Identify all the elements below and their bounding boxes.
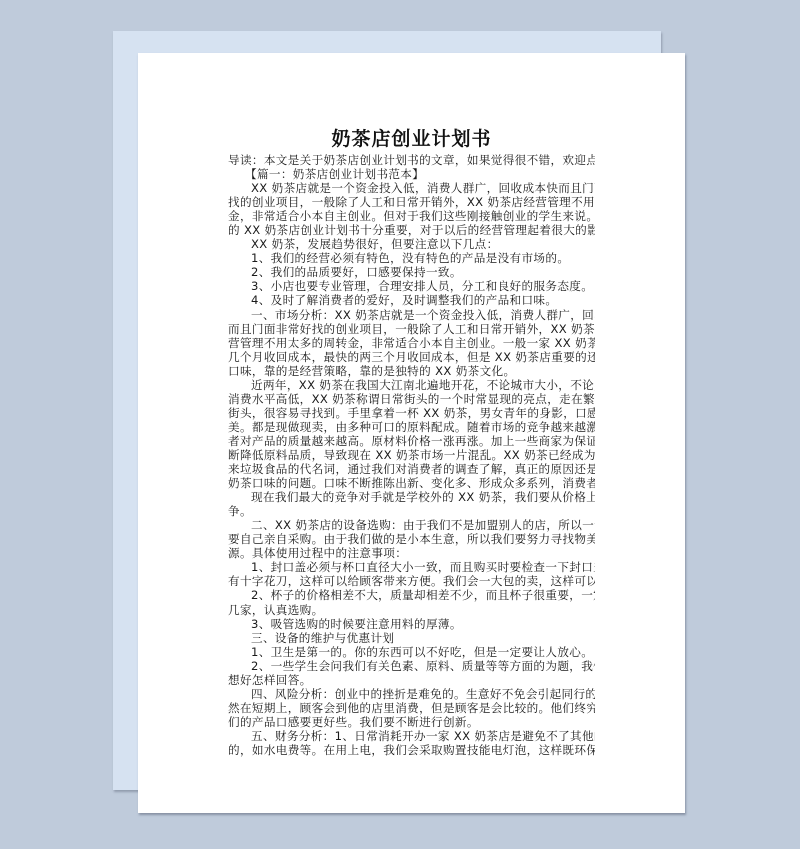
text-line: 3、吸管选购的时候要注意用料的厚薄。 [228,617,595,631]
text-line: 1、我们的经营必须有特色，没有特色的产品是没有市场的。 [228,251,595,265]
text-line: 美。都是现做现卖，由多种可口的原料配成。随着市场的竞争越来越激烈，消费 [228,420,595,434]
text-line: 消费水平高低，XX 奶茶称谓日常街头的一个时常显现的亮点，走在繁华的闹市 [228,392,595,406]
text-line: 4、及时了解消费者的爱好，及时调整我们的产品和口味。 [228,293,595,307]
text-line: 的，如水电费等。在用上电，我们会采取购置技能电灯泡，这样既环保又节约。 [228,743,595,757]
text-line: 几家，认真选购。 [228,603,595,617]
text-line: 的 XX 奶茶店创业计划书十分重要，对于以后的经营管理起着很大的影响。 [228,223,595,237]
text-line: XX 奶茶，发展趋势很好，但要注意以下几点： [228,237,595,251]
text-line: 1、封口盖必须与杯口直径大小一致，而且购买时要检查一下封口盖，是否 [228,560,595,574]
document-title: 奶茶店创业计划书 [228,127,595,153]
document-text: 导读：本文是关于奶茶店创业计划书的文章，如果觉得很不错，欢迎点评和分享！【篇一：… [228,153,595,757]
text-line: 奶茶口味的问题。口味不断推陈出新、变化多、形成众多系列，消费者选择广。 [228,476,595,490]
section-heading: 【篇一：奶茶店创业计划书范本】 [228,167,595,181]
text-line: 二、XX 奶茶店的设备选购：由于我们不是加盟别人的店，所以一切东西都 [228,518,595,532]
text-line: 金，非常适合小本自主创业。但对于我们这些刚接触创业的学生来说。一份优秀 [228,209,595,223]
text-line: 现在我们最大的竞争对手就是学校外的 XX 奶茶，我们要从价格上与他们竞 [228,490,595,504]
text-line: 而且门面非常好找的创业项目，一般除了人工和日常开销外，XX 奶茶加盟店经 [228,322,595,336]
text-line: 有十字花刀，这样可以给顾客带来方便。我们会一大包的卖，这样可以节约成本。 [228,574,595,588]
text-line: 要自己亲自采购。由于我们做的是小本生意，所以我们要努力寻找物美价廉的货 [228,532,595,546]
text-line: 三、设备的维护与优惠计划 [228,631,595,645]
text-line: 四、风险分析：创业中的挫折是难免的。生意好不免会引起同行的竞争。虽 [228,687,595,701]
text-line: 3、小店也要专业管理，合理安排人员，分工和良好的服务态度。 [228,279,595,293]
text-line: 来垃圾食品的代名词，通过我们对消费者的调查了解，真正的原因还是在于 XX [228,462,595,476]
text-line: 2、杯子的价格相差不大，质量却相差不少，而且杯子很重要，一定要多跑 [228,588,595,602]
text-line: 五、财务分析：1、日常消耗开办一家 XX 奶茶店是避免不了其他的日常消耗 [228,729,595,743]
text-line: 源。具体使用过程中的注意事项： [228,546,595,560]
text-line: XX 奶茶店就是一个资金投入低，消费人群广，回收成本快而且门面非常好 [228,181,595,195]
text-line: 断降低原料品质，导致现在 XX 奶茶市场一片混乱。XX 奶茶已经成为近一段时间 [228,448,595,462]
text-line: 想好怎样回答。 [228,673,595,687]
text-line: 1、卫生是第一的。你的东西可以不好吃，但是一定要让人放心。 [228,645,595,659]
text-line: 们的产品口感要更好些。我们要不断进行创新。 [228,715,595,729]
text-line: 营管理不用太多的周转金，非常适合小本自主创业。一般一家 XX 奶茶店都能在 [228,336,595,350]
text-line: 然在短期上，顾客会到他的店里消费，但是顾客是会比较的。他们终究会觉得我 [228,701,595,715]
intro-line: 导读：本文是关于奶茶店创业计划书的文章，如果觉得很不错，欢迎点评和分享！ [228,153,595,167]
text-line: 街头，很容易寻找到。手里拿着一杯 XX 奶茶，男女青年的身影，口感新鲜、味 [228,406,595,420]
document-page: 奶茶店创业计划书 导读：本文是关于奶茶店创业计划书的文章，如果觉得很不错，欢迎点… [138,53,685,813]
text-line: 找的创业项目，一般除了人工和日常开销外，XX 奶茶店经营管理不用太多周转 [228,195,595,209]
text-line: 争。 [228,504,595,518]
text-line: 一、市场分析：XX 奶茶店就是一个资金投入低，消费人群广，回收成本快， [228,308,595,322]
document-body: 奶茶店创业计划书 导读：本文是关于奶茶店创业计划书的文章，如果觉得很不错，欢迎点… [228,127,595,757]
text-line: 几个月收回成本，最快的两三个月收回成本，但是 XX 奶茶店重要的还是靠的是 [228,350,595,364]
text-line: 2、我们的品质要好，口感要保持一致。 [228,265,595,279]
text-line: 者对产品的质量越来越高。原材料价格一涨再涨。加上一些商家为保证利润，不 [228,434,595,448]
text-line: 近两年，XX 奶茶在我国大江南北遍地开花，不论城市大小，不论男女老少， [228,378,595,392]
text-line: 口味，靠的是经营策略，靠的是独特的 XX 奶茶文化。 [228,364,595,378]
text-line: 2、一些学生会问我们有关色素、原料、质量等等方面的为题，我们一定要 [228,659,595,673]
